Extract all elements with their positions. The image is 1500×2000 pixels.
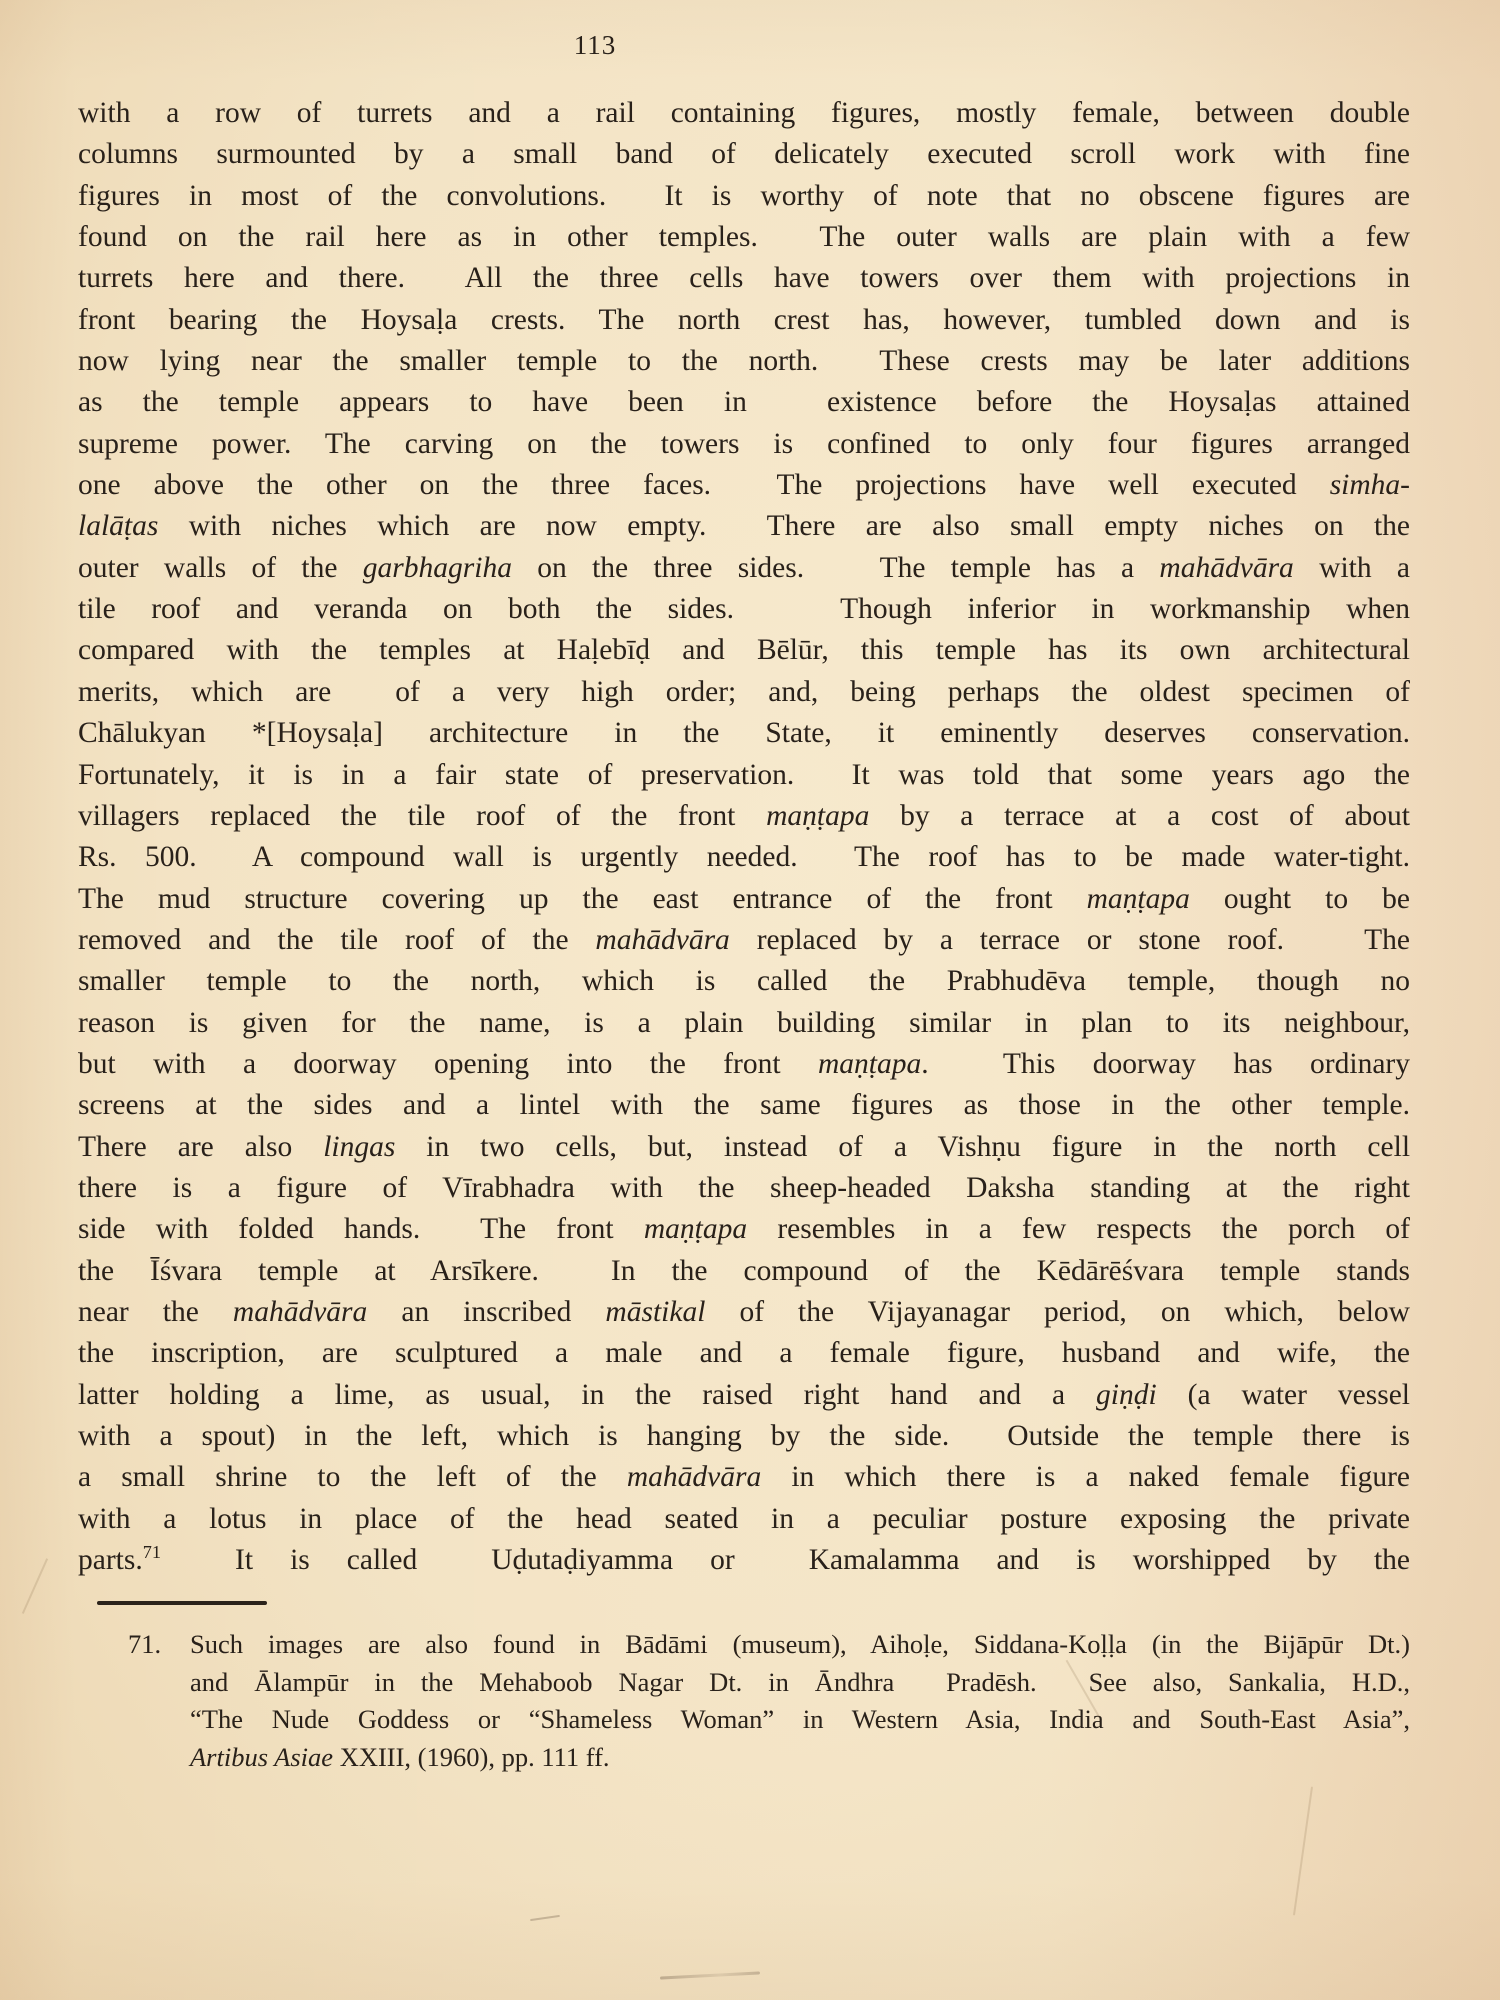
body-line: front bearing the Hoysaḷa crests. The no… [78,300,1410,341]
body-line: near the mahādvāra an inscribed māstikal… [78,1292,1410,1333]
body-line: Fortunately, it is in a fair state of pr… [78,755,1410,796]
body-line: villagers replaced the tile roof of the … [78,796,1410,837]
body-line: a small shrine to the left of the mahādv… [78,1457,1410,1498]
body-line: supreme power. The carving on the towers… [78,424,1410,465]
body-line: with a row of turrets and a rail contain… [78,93,1410,134]
body-line: There are also lingas in two cells, but,… [78,1127,1410,1168]
footnote: 71.Such images are also found in Bādāmi … [128,1626,1410,1776]
body-line: one above the other on the three faces. … [78,465,1410,506]
body-line: there is a figure of Vīrabhadra with the… [78,1168,1410,1209]
body-line: compared with the temples at Haḷebīḍ and… [78,630,1410,671]
body-line: side with folded hands. The front maṇṭap… [78,1209,1410,1250]
body-line: parts.71 It is called Uḍutaḍiyamma or Ka… [78,1540,1410,1581]
body-line: latter holding a lime, as usual, in the … [78,1375,1410,1416]
body-line: with a lotus in place of the head seated… [78,1499,1410,1540]
pencil-mark [660,1971,760,1979]
footnote-line: “The Nude Goddess or “Shameless Woman” i… [128,1701,1410,1739]
body-line: reason is given for the name, is a plain… [78,1003,1410,1044]
scan-scratch [1293,1787,1313,1916]
page-number: 113 [545,30,645,61]
body-line: smaller temple to the north, which is ca… [78,961,1410,1002]
body-line: with a spout) in the left, which is hang… [78,1416,1410,1457]
body-line: but with a doorway opening into the fron… [78,1044,1410,1085]
scan-scratch [22,1558,48,1613]
body-line: now lying near the smaller temple to the… [78,341,1410,382]
body-line: the inscription, are sculptured a male a… [78,1333,1410,1374]
footnote-line: and Ālampūr in the Mehaboob Nagar Dt. in… [128,1664,1410,1702]
body-line: outer walls of the garbhagriha on the th… [78,548,1410,589]
footnote-rule [97,1601,267,1605]
body-line: figures in most of the convolutions. It … [78,176,1410,217]
body-line: Chālukyan *[Hoysaḷa] architecture in the… [78,713,1410,754]
body-line: merits, which are of a very high order; … [78,672,1410,713]
book-page-scan: 113 with a row of turrets and a rail con… [0,0,1500,2000]
body-line: columns surmounted by a small band of de… [78,134,1410,175]
body-line: turrets here and there. All the three ce… [78,258,1410,299]
body-text: with a row of turrets and a rail contain… [78,93,1410,1581]
pencil-mark [530,1915,560,1921]
body-line: lalāṭas with niches which are now empty.… [78,506,1410,547]
body-line: removed and the tile roof of the mahādvā… [78,920,1410,961]
body-line: The mud structure covering up the east e… [78,879,1410,920]
body-line: Rs. 500. A compound wall is urgently nee… [78,837,1410,878]
footnote-line: Artibus Asiae XXIII, (1960), pp. 111 ff. [128,1739,1410,1777]
body-line: tile roof and veranda on both the sides.… [78,589,1410,630]
body-line: as the temple appears to have been in ex… [78,382,1410,423]
footnote-line: 71.Such images are also found in Bādāmi … [128,1626,1410,1664]
body-line: screens at the sides and a lintel with t… [78,1085,1410,1126]
body-line: the Īśvara temple at Arsīkere. In the co… [78,1251,1410,1292]
footnote-marker: 71. [128,1626,161,1664]
body-line: found on the rail here as in other templ… [78,217,1410,258]
